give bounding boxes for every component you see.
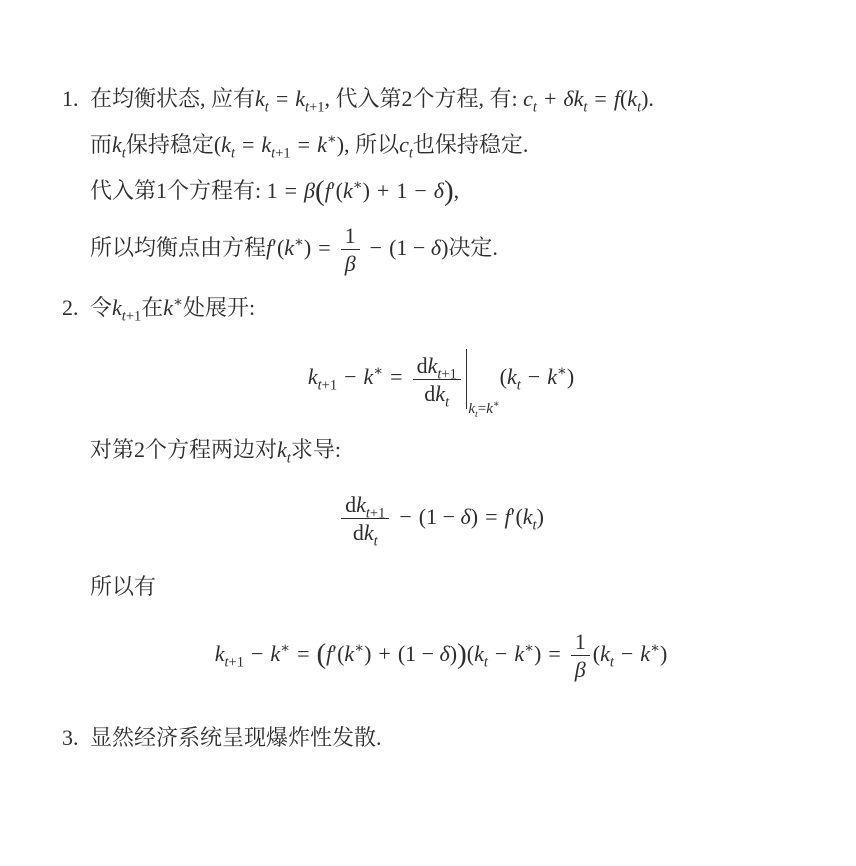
item-number: 2. — [62, 293, 90, 323]
superscript: ∗ — [294, 234, 304, 250]
display-equation: dkt+1dkt−(1 − δ)=f′(kt) — [62, 491, 820, 546]
math-variable: δ — [563, 86, 573, 111]
denominator: dkt — [413, 379, 461, 407]
script-char: + — [126, 308, 134, 324]
math-variable: k — [364, 520, 374, 545]
math-variable: δ — [440, 641, 450, 666]
subscript: t+1 — [225, 654, 245, 670]
math-roman: ( — [593, 641, 600, 666]
text-run: 代入第1个方程有: — [90, 178, 267, 203]
math-sub-atom: kt+1 — [261, 132, 290, 157]
math-variable: δ — [461, 504, 471, 529]
eval-condition: kt=k∗ — [468, 402, 499, 417]
big-paren: ) — [444, 175, 454, 207]
math-sup-atom: k∗ — [163, 295, 183, 320]
math-roman: ) — [537, 504, 544, 529]
math-variable: k — [270, 641, 280, 666]
math-operator: = — [290, 641, 316, 666]
math-roman: ) — [471, 504, 478, 529]
superscript: ∗ — [353, 178, 363, 194]
math-variable: k — [356, 492, 366, 517]
math-operator: − — [363, 235, 389, 260]
subscript: t — [445, 394, 449, 410]
math-roman: (1 − — [419, 504, 461, 529]
math-variable: c — [399, 132, 409, 157]
superscript: ∗ — [373, 364, 383, 380]
math-variable: k — [364, 364, 374, 389]
line-content: 令kt+1在k∗处展开: — [90, 295, 255, 320]
math-operator: − — [244, 641, 270, 666]
math-operator: = — [587, 86, 613, 111]
script-char: ∗ — [557, 364, 567, 380]
math-variable: k — [277, 437, 287, 462]
superscript: ∗ — [493, 399, 500, 410]
math-roman: ( — [467, 641, 474, 666]
math-variable: k — [474, 641, 484, 666]
subscript: t+1 — [305, 99, 325, 115]
math-sub-atom: kt — [523, 504, 537, 529]
math-variable: k — [163, 295, 173, 320]
math-operator: = — [291, 132, 317, 157]
superscript: ∗ — [280, 640, 290, 656]
superscript: ∗ — [173, 295, 183, 311]
script-char: ∗ — [353, 178, 363, 194]
math-operator: = — [478, 504, 504, 529]
math-sub-atom: kt — [627, 86, 641, 111]
text-run: 显然经济系统呈现爆炸性发散. — [90, 725, 382, 750]
line-content: 显然经济系统呈现爆炸性发散. — [90, 725, 382, 750]
math-sup-atom: k∗ — [486, 401, 499, 417]
math-sub-atom: kt — [112, 132, 126, 157]
line-content: 所以均衡点由方程f′(k∗)=1β−(1 − δ)决定. — [90, 235, 498, 260]
math-sub-atom: kt — [468, 401, 477, 417]
math-operator: = — [383, 364, 409, 389]
math-roman: ) — [450, 641, 457, 666]
math-variable: k — [428, 353, 438, 378]
superscript: ∗ — [557, 364, 567, 380]
denominator: β — [341, 249, 360, 277]
item-number: 1. — [62, 84, 90, 114]
math-operator: − — [614, 641, 640, 666]
math-sub-atom: kt+1 — [428, 353, 457, 378]
math-operator: = — [269, 86, 295, 111]
text-run: 决定. — [448, 235, 498, 260]
big-paren: ) — [457, 638, 467, 670]
math-roman: ′( — [331, 178, 343, 203]
fraction: dkt+1dkt — [413, 352, 461, 407]
math-variable: k — [468, 401, 475, 417]
math-variable: k — [486, 401, 493, 417]
script-char: 1 — [237, 654, 244, 670]
math-sub-atom: kt — [600, 641, 614, 666]
list-item: 3.显然经济系统呈现爆炸性发散. — [62, 723, 820, 753]
math-operator: = — [541, 641, 567, 666]
text-run: 所以均衡点由方程 — [90, 235, 266, 260]
math-sub-atom: kt — [507, 364, 521, 389]
math-operator: = — [311, 235, 337, 260]
evaluated-at-bar: kt=k∗ — [466, 349, 500, 409]
math-variable: k — [308, 364, 318, 389]
math-sub-atom: kt — [364, 520, 378, 545]
math-variable: k — [507, 364, 517, 389]
text-run: 处展开: — [183, 295, 255, 320]
math-operator: − — [407, 178, 433, 203]
line-content: kt+1−k∗=(f′(k∗)+(1 − δ))(kt−k∗)=1β(kt−k∗… — [215, 641, 668, 666]
big-paren: ( — [315, 175, 325, 207]
math-variable: k — [112, 295, 122, 320]
superscript: ∗ — [524, 640, 534, 656]
math-sub-atom: kt — [221, 132, 235, 157]
numerator: 1 — [341, 222, 360, 249]
subscript: t+1 — [318, 377, 338, 393]
line-content: 在均衡状态, 应有kt=kt+1, 代入第2个方程, 有: ct+δkt=f(k… — [90, 86, 654, 111]
line-content: 对第2个方程两边对kt求导: — [90, 437, 341, 462]
math-roman: ′( — [272, 235, 284, 260]
denominator: β — [571, 655, 590, 683]
script-char: 1 — [378, 505, 385, 521]
math-roman: , — [454, 178, 460, 203]
math-variable: β — [575, 657, 586, 682]
script-char: ∗ — [173, 295, 183, 311]
math-operator: + — [370, 178, 396, 203]
math-variable: k — [547, 364, 557, 389]
fraction: 1β — [571, 628, 590, 683]
text-run: 而 — [90, 132, 112, 157]
script-char: t — [445, 394, 449, 410]
numerator: 1 — [571, 628, 590, 655]
script-char: 1 — [283, 145, 290, 161]
math-variable: k — [640, 641, 650, 666]
math-roman: 1 — [575, 629, 586, 654]
math-variable: k — [255, 86, 265, 111]
math-operator: − — [521, 364, 547, 389]
script-char: ∗ — [327, 132, 337, 148]
math-variable: k — [317, 132, 327, 157]
text-run: 所以 — [350, 132, 400, 157]
script-char: ∗ — [524, 640, 534, 656]
text-run: 令 — [90, 295, 112, 320]
math-variable: δ — [431, 235, 441, 260]
math-sub-atom: kt+1 — [295, 86, 324, 111]
math-sub-atom: kt — [435, 381, 449, 406]
text-line: 所以均衡点由方程f′(k∗)=1β−(1 − δ)决定. — [62, 222, 820, 277]
math-sub-atom: kt — [474, 641, 488, 666]
subscript: t+1 — [271, 145, 291, 161]
math-sup-atom: k∗ — [284, 235, 304, 260]
math-roman: 1 — [345, 223, 356, 248]
math-sub-atom: kt+1 — [308, 364, 337, 389]
script-char: ∗ — [493, 399, 500, 410]
math-operator: = — [235, 132, 261, 157]
text-run: 在均衡状态, 应有 — [90, 86, 255, 111]
math-variable: k — [344, 641, 354, 666]
display-equation: kt+1−k∗=dkt+1dktkt=k∗(kt−k∗) — [62, 349, 820, 409]
math-roman: 1 — [396, 178, 407, 203]
denominator: dkt — [341, 518, 389, 546]
text-run: 所以有 — [90, 574, 156, 599]
text-line: 对第2个方程两边对kt求导: — [62, 435, 820, 465]
script-char: ∗ — [650, 640, 660, 656]
math-variable: k — [284, 235, 294, 260]
text-run: 也保持稳定. — [413, 132, 529, 157]
math-variable: k — [600, 641, 610, 666]
math-variable: k — [627, 86, 637, 111]
math-variable: k — [435, 381, 445, 406]
fraction: dkt+1dkt — [341, 491, 389, 546]
math-sup-atom: k∗ — [343, 178, 363, 203]
math-sup-atom: k∗ — [640, 641, 660, 666]
math-variable: k — [215, 641, 225, 666]
math-variable: k — [343, 178, 353, 203]
math-roman: d — [353, 520, 364, 545]
line-content: dkt+1dkt−(1 − δ)=f′(kt) — [338, 504, 544, 529]
math-variable: k — [221, 132, 231, 157]
subscript: t+1 — [122, 308, 142, 324]
math-variable: k — [523, 504, 533, 529]
display-equation: kt+1−k∗=(f′(k∗)+(1 − δ))(kt−k∗)=1β(kt−k∗… — [62, 628, 820, 683]
big-paren: ( — [316, 638, 326, 670]
math-roman: d — [417, 353, 428, 378]
math-operator: − — [488, 641, 514, 666]
math-roman: d — [345, 492, 356, 517]
script-char: t — [374, 533, 378, 549]
superscript: ∗ — [650, 640, 660, 656]
line-content: kt+1−k∗=dkt+1dktkt=k∗(kt−k∗) — [308, 364, 574, 389]
script-char: ∗ — [294, 234, 304, 250]
math-sup-atom: k∗ — [317, 132, 337, 157]
line-content: 所以有 — [90, 574, 156, 599]
math-variable: k — [295, 86, 305, 111]
list-item: 1.在均衡状态, 应有kt=kt+1, 代入第2个方程, 有: ct+δkt=f… — [62, 84, 820, 114]
line-content: 代入第1个方程有: 1=β(f′(k∗)+1−δ), — [90, 178, 459, 203]
math-operator: = — [278, 178, 304, 203]
math-sub-atom: ct — [523, 86, 537, 111]
math-roman: (1 − — [398, 641, 440, 666]
math-roman: ) — [567, 364, 574, 389]
math-roman: (1 − — [389, 235, 431, 260]
math-sub-atom: kt+1 — [215, 641, 244, 666]
math-variable: k — [261, 132, 271, 157]
math-variable: k — [112, 132, 122, 157]
math-roman: ) — [363, 178, 370, 203]
line-content: 而kt保持稳定(kt=kt+1=k∗), 所以ct也保持稳定. — [90, 132, 528, 157]
math-operator: − — [392, 504, 418, 529]
math-sup-atom: k∗ — [344, 641, 364, 666]
text-run: 在 — [141, 295, 163, 320]
script-char: + — [322, 377, 330, 393]
math-roman: ′( — [511, 504, 523, 529]
math-sup-atom: k∗ — [514, 641, 534, 666]
math-solution-document: 1.在均衡状态, 应有kt=kt+1, 代入第2个方程, 有: ct+δkt=f… — [0, 0, 856, 866]
item-number: 3. — [62, 723, 90, 753]
script-char: ∗ — [280, 640, 290, 656]
math-roman: ( — [500, 364, 507, 389]
math-sub-atom: kt+1 — [356, 492, 385, 517]
vertical-bar-icon — [466, 349, 468, 409]
superscript: ∗ — [327, 132, 337, 148]
math-sup-atom: k∗ — [364, 364, 384, 389]
subscript: t — [374, 533, 378, 549]
math-operator: + — [537, 86, 563, 111]
math-variable: k — [514, 641, 524, 666]
math-roman: ), — [337, 132, 350, 157]
script-char: ∗ — [373, 364, 383, 380]
math-roman: ). — [641, 86, 654, 111]
script-char: + — [229, 654, 237, 670]
text-run: 保持稳定 — [126, 132, 214, 157]
math-operator: + — [371, 641, 397, 666]
math-roman: = — [478, 401, 486, 417]
numerator: dkt+1 — [413, 352, 461, 379]
math-variable: k — [574, 86, 584, 111]
math-roman: ′( — [332, 641, 344, 666]
list-item: 2.令kt+1在k∗处展开: — [62, 293, 820, 323]
script-char: 1 — [317, 99, 324, 115]
text-line: 而kt保持稳定(kt=kt+1=k∗), 所以ct也保持稳定. — [62, 130, 820, 160]
math-sup-atom: k∗ — [270, 641, 290, 666]
math-variable: δ — [434, 178, 444, 203]
math-sup-atom: k∗ — [547, 364, 567, 389]
math-sub-atom: kt+1 — [112, 295, 141, 320]
math-sub-atom: kt — [277, 437, 291, 462]
math-roman: ) — [660, 641, 667, 666]
superscript: ∗ — [354, 640, 364, 656]
math-sub-atom: ct — [399, 132, 413, 157]
text-run: , 代入第2个方程, 有: — [325, 86, 524, 111]
math-roman: 1 — [267, 178, 278, 203]
text-run: 求导: — [291, 437, 341, 462]
fraction: 1β — [341, 222, 360, 277]
script-char: 1 — [330, 377, 337, 393]
script-char: 1 — [450, 366, 457, 382]
math-variable: β — [345, 251, 356, 276]
math-operator: − — [337, 364, 363, 389]
math-roman: d — [424, 381, 435, 406]
numerator: dkt+1 — [341, 491, 389, 518]
text-line: 代入第1个方程有: 1=β(f′(k∗)+1−δ), — [62, 176, 820, 206]
math-variable: β — [304, 178, 315, 203]
math-sub-atom: kt — [255, 86, 269, 111]
math-variable: c — [523, 86, 533, 111]
text-line: 所以有 — [62, 572, 820, 602]
text-run: 对第2个方程两边对 — [90, 437, 277, 462]
math-sub-atom: kt — [574, 86, 588, 111]
script-char: ∗ — [354, 640, 364, 656]
